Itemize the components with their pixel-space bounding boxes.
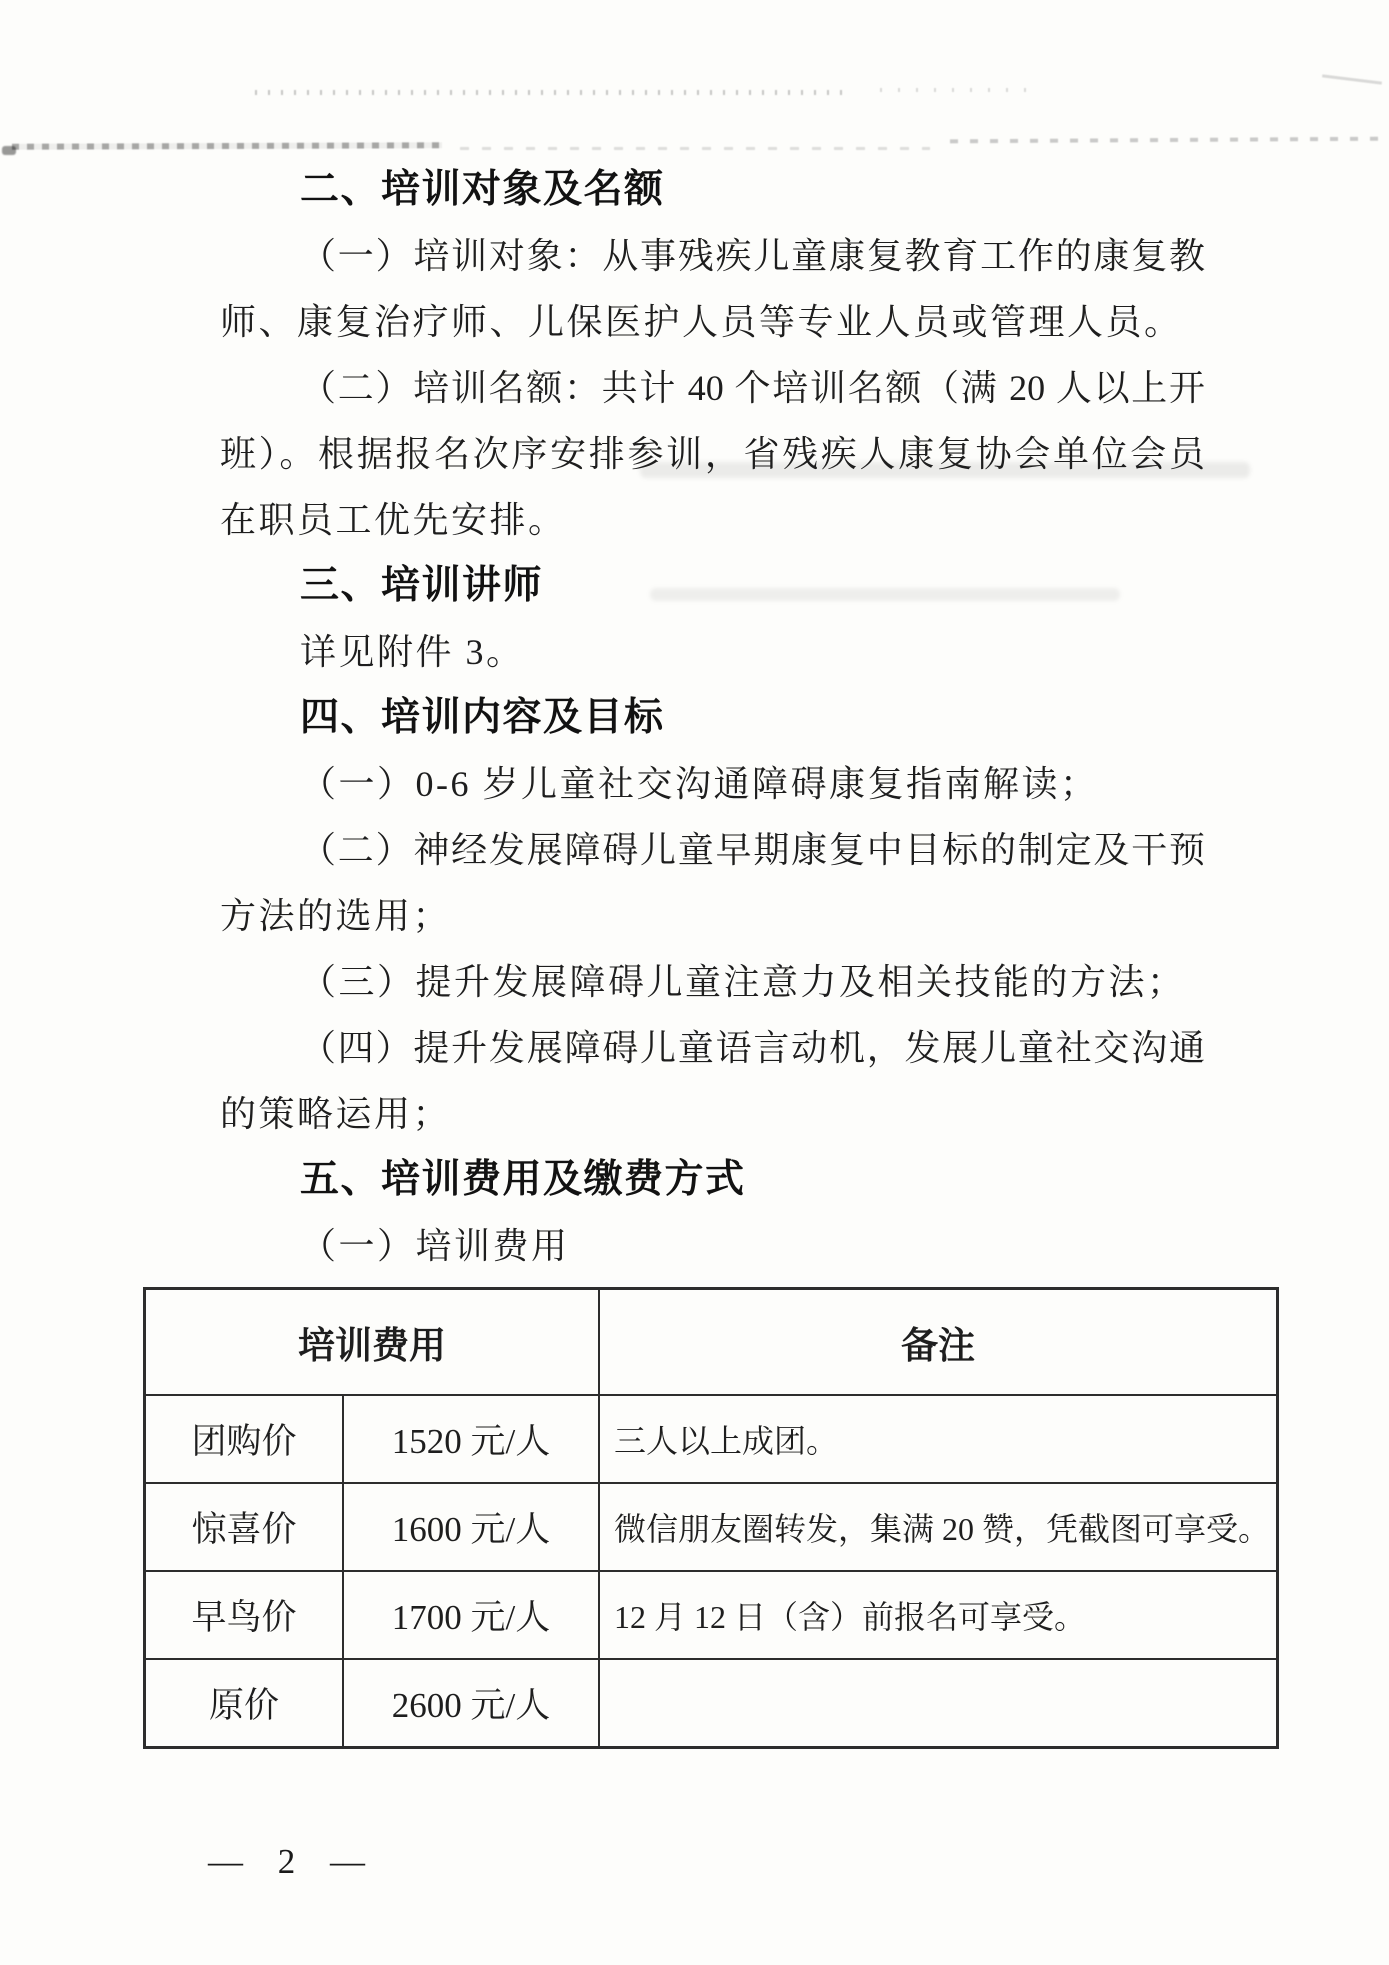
price-label-cell: 早鸟价 [146, 1570, 344, 1658]
section-heading: 三、培训讲师 [220, 553, 1205, 619]
price-value-cell: 1700 元/人 [344, 1570, 600, 1658]
body-line: （一）0-6 岁儿童社交沟通障碍康复指南解读； [220, 751, 1205, 817]
body-line: 详见附件 3。 [220, 619, 1205, 685]
price-note-cell [600, 1658, 1276, 1746]
price-label-cell: 惊喜价 [146, 1482, 344, 1570]
scan-artifact [880, 88, 1040, 92]
scan-artifact [950, 137, 1389, 144]
body-line: （二）神经发展障碍儿童早期康复中目标的制定及干预 [220, 817, 1205, 883]
fee-table: 培训费用备注团购价1520 元/人三人以上成团。惊喜价1600 元/人微信朋友圈… [143, 1287, 1279, 1749]
body-line: （一）培训对象：从事残疾儿童康复教育工作的康复教 [220, 223, 1205, 289]
body-line: （四）提升发展障碍儿童语言动机，发展儿童社交沟通 [220, 1015, 1205, 1081]
section-heading: 五、培训费用及缴费方式 [220, 1147, 1205, 1213]
scan-artifact [255, 90, 845, 95]
body-line: 班）。根据报名次序安排参训，省残疾人康复协会单位会员 [220, 421, 1205, 487]
section-heading: 四、培训内容及目标 [220, 685, 1205, 751]
body-line: （二）培训名额：共计 40 个培训名额（满 20 人以上开 [220, 355, 1205, 421]
price-note-cell: 微信朋友圈转发，集满 20 赞，凭截图可享受。 [600, 1482, 1276, 1570]
body-line: 师、康复治疗师、儿保医护人员等专业人员或管理人员。 [220, 289, 1205, 355]
page-number: — 2 — [208, 1842, 367, 1882]
body-line: 方法的选用； [220, 883, 1205, 949]
scan-artifact [2, 146, 16, 155]
scan-artifact [460, 147, 930, 150]
body-line: （一）培训费用 [220, 1213, 1205, 1279]
price-value-cell: 1520 元/人 [344, 1394, 600, 1482]
body-line: 的策略运用； [220, 1081, 1205, 1147]
price-label-cell: 团购价 [146, 1394, 344, 1482]
scan-artifact [12, 142, 442, 150]
price-note-cell: 三人以上成团。 [600, 1394, 1276, 1482]
price-value-cell: 1600 元/人 [344, 1482, 600, 1570]
scan-artifact [1322, 74, 1382, 84]
document-body: 二、培训对象及名额（一）培训对象：从事残疾儿童康复教育工作的康复教师、康复治疗师… [220, 157, 1205, 1279]
price-value-cell: 2600 元/人 [344, 1658, 600, 1746]
price-note-cell: 12 月 12 日（含）前报名可享受。 [600, 1570, 1276, 1658]
price-label-cell: 原价 [146, 1658, 344, 1746]
body-line: 在职员工优先安排。 [220, 487, 1205, 553]
section-heading: 二、培训对象及名额 [220, 157, 1205, 223]
document-page: 二、培训对象及名额（一）培训对象：从事残疾儿童康复教育工作的康复教师、康复治疗师… [0, 0, 1389, 1965]
fee-header-cell: 培训费用 [146, 1290, 600, 1394]
note-header-cell: 备注 [600, 1290, 1276, 1394]
body-line: （三）提升发展障碍儿童注意力及相关技能的方法； [220, 949, 1205, 1015]
